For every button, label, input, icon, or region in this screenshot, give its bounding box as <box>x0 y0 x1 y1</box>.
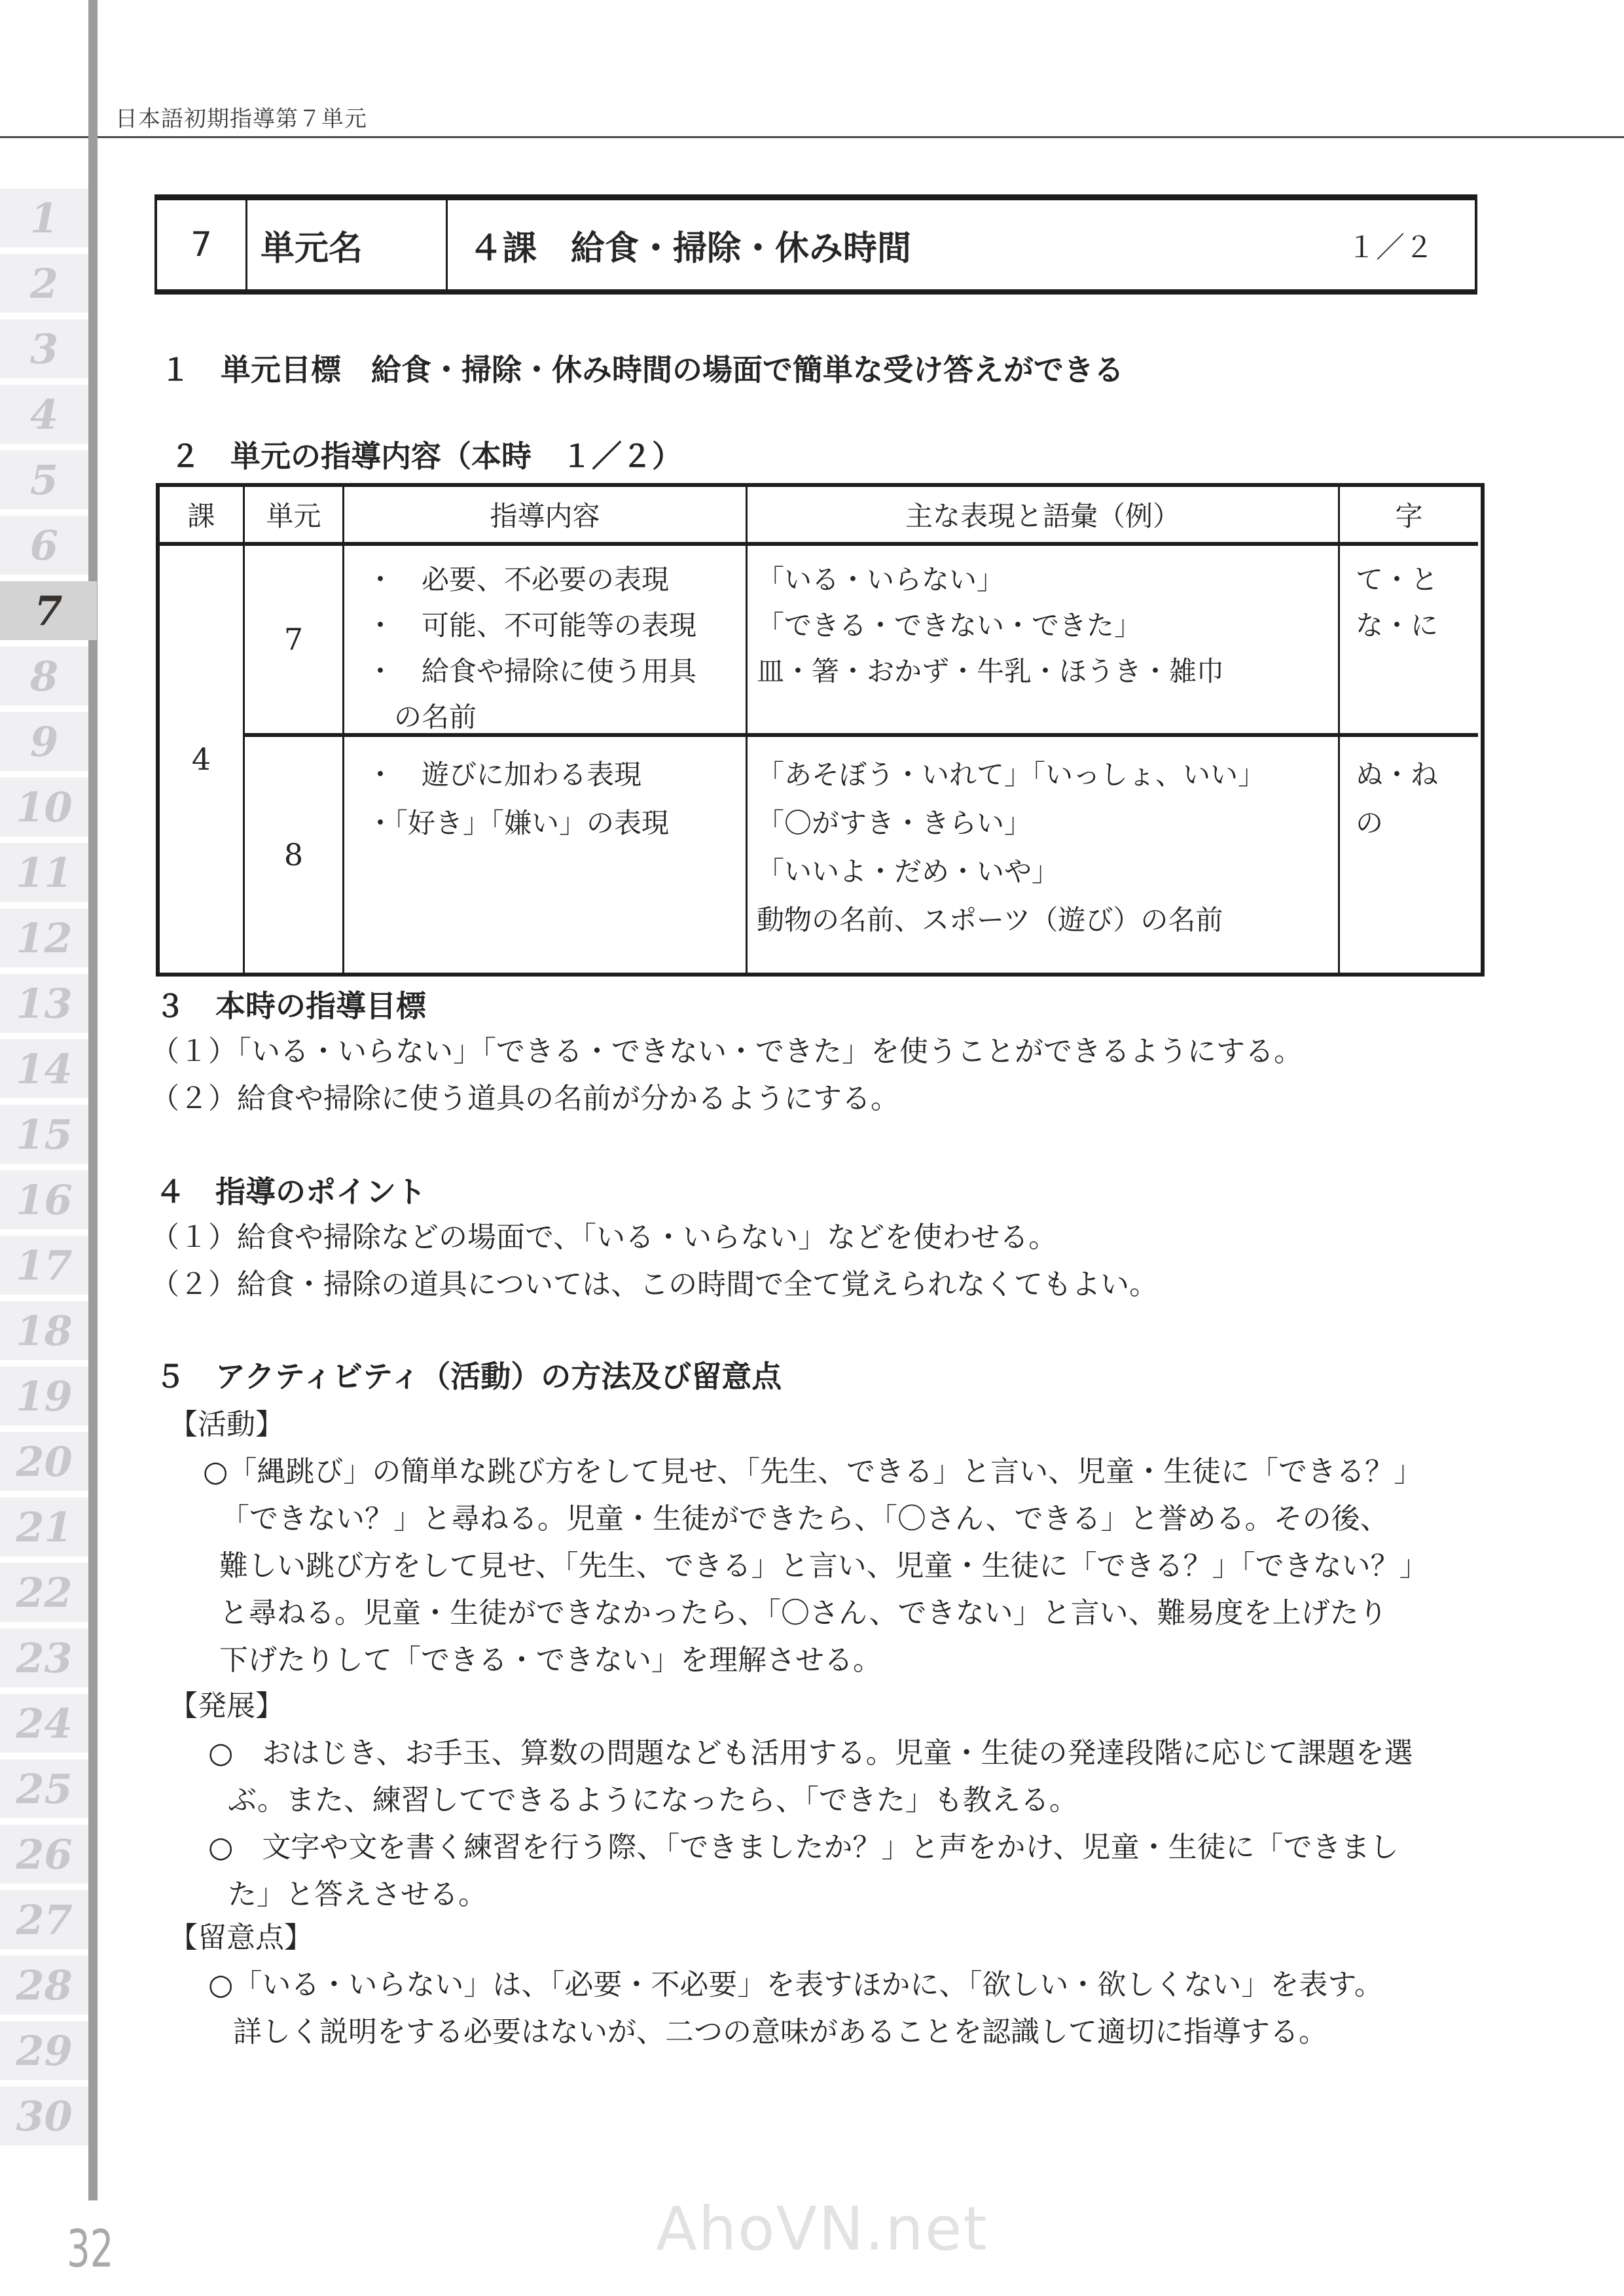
content-line: ・ 給食や掃除に使う用具 <box>367 647 746 692</box>
sidebar-tab-6[interactable]: 6 <box>0 516 88 575</box>
content-line: の名前 <box>367 692 746 738</box>
sidebar-tab-2[interactable]: 2 <box>0 254 88 313</box>
development-line-3: ○ 文字や文を書く練習を行う際、「できましたか？」と声をかけ、児童・生徒に「でき… <box>208 1827 1399 1861</box>
teaching-content-table: 課 単元 指導内容 主な表現と語彙（例） 字 4 7 ・ 必要、不必要の表現 ・… <box>156 483 1485 977</box>
activity-line-1: ○「縄跳び」の簡単な跳び方をして見せ、「先生、できる」と言い、児童・生徒に「でき… <box>203 1452 1422 1486</box>
expression-line: 「あそぼう・いれて」「いっしょ、いい」 <box>757 749 1338 797</box>
section1-heading: １ 単元目標 給食・掃除・休み時間の場面で簡単な受け答えができる <box>160 351 1124 385</box>
unit-box-number: 7 <box>157 200 247 289</box>
expression-line: 「いいよ・だめ・いや」 <box>757 846 1338 894</box>
sidebar-tab-19[interactable]: 19 <box>0 1367 88 1426</box>
table-header-lesson: 課 <box>160 487 245 546</box>
sidebar-tab-18[interactable]: 18 <box>0 1301 88 1360</box>
characters-line: て・と <box>1356 555 1478 601</box>
expression-line: 「いる・いらない」 <box>757 555 1338 601</box>
header-rule <box>0 136 1624 138</box>
sidebar-tab-15[interactable]: 15 <box>0 1105 88 1164</box>
sidebar-tab-14[interactable]: 14 <box>0 1039 88 1098</box>
content-line: ・ 必要、不必要の表現 <box>367 555 746 601</box>
section3-line-1: （１）「いる・いらない」「できる・できない・できた」を使うことができるようにする… <box>151 1031 1303 1066</box>
notes-label: 【留意点】 <box>169 1918 313 1952</box>
characters-row1: て・と な・に <box>1340 546 1478 737</box>
unit-number-row2: 8 <box>245 737 344 973</box>
sidebar-tab-8[interactable]: 8 <box>0 647 88 706</box>
content-line: ・ 遊びに加わる表現 <box>367 749 746 797</box>
development-line-1: ○ おはじき、お手玉、算数の問題なども活用する。児童・生徒の発達段階に応じて課題… <box>208 1733 1413 1767</box>
notes-line-1: ○「いる・いらない」は、「必要・不必要」を表すほかに、「欲しい・欲しくない」を表… <box>208 1965 1383 1999</box>
side-rail <box>88 0 98 2200</box>
characters-line: の <box>1356 797 1478 846</box>
table-header-unit: 単元 <box>245 487 344 546</box>
characters-line: ぬ・ね <box>1356 749 1478 797</box>
sidebar-tab-11[interactable]: 11 <box>0 843 88 902</box>
sidebar-tab-13[interactable]: 13 <box>0 974 88 1033</box>
teaching-content-row1: ・ 必要、不必要の表現 ・ 可能、不可能等の表現 ・ 給食や掃除に使う用具 の名… <box>344 546 748 737</box>
section2-heading: ２ 単元の指導内容（本時 １／２） <box>170 437 682 471</box>
sidebar-tab-20[interactable]: 20 <box>0 1432 88 1491</box>
section3-line-2: （２）給食や掃除に使う道具の名前が分かるようにする。 <box>151 1079 899 1113</box>
sidebar-tab-12[interactable]: 12 <box>0 908 88 967</box>
activity-line-3: 難しい跳び方をして見せ、「先生、できる」と言い、児童・生徒に「できる？」「できな… <box>219 1546 1428 1580</box>
table-header-content: 指導内容 <box>344 487 748 546</box>
sidebar-tab-10[interactable]: 10 <box>0 778 88 836</box>
expressions-row2: 「あそぼう・いれて」「いっしょ、いい」 「〇がすき・きらい」 「いいよ・だめ・い… <box>748 737 1340 973</box>
activity-line-5: 下げたりして「できる・できない」を理解させる。 <box>219 1640 882 1674</box>
expression-line: 「できる・できない・できた」 <box>757 601 1338 647</box>
development-line-2: ぶ。また、練習してできるようになったら、「できた」も教える。 <box>228 1780 1078 1814</box>
table-header-expressions: 主な表現と語彙（例） <box>748 487 1340 546</box>
sidebar-tab-17[interactable]: 17 <box>0 1236 88 1295</box>
unit-title-box: 7 単元名 ４課 給食・掃除・休み時間 １／２ <box>154 194 1477 295</box>
sidebar-tab-27[interactable]: 27 <box>0 1890 88 1949</box>
sidebar-tab-5[interactable]: 5 <box>0 450 88 509</box>
content-line: ・「好き」「嫌い」の表現 <box>367 797 746 846</box>
sidebar-tab-1[interactable]: 1 <box>0 188 88 247</box>
sidebar-tab-16[interactable]: 16 <box>0 1170 88 1229</box>
sidebar-tab-9[interactable]: 9 <box>0 712 88 771</box>
sidebar-tab-28[interactable]: 28 <box>0 1956 88 2015</box>
lesson-number-cell: 4 <box>160 546 245 973</box>
expression-line: 「〇がすき・きらい」 <box>757 797 1338 846</box>
expressions-row1: 「いる・いらない」 「できる・できない・できた」 皿・箸・おかず・牛乳・ほうき・… <box>748 546 1340 737</box>
page-number: 32 <box>67 2220 113 2279</box>
section5-heading: ５ アクティビティ（活動）の方法及び留意点 <box>155 1357 782 1391</box>
sidebar-tab-4[interactable]: 4 <box>0 385 88 444</box>
activity-line-4: と尋ねる。児童・生徒ができなかったら、「〇さん、できない」と言い、難易度を上げた… <box>219 1593 1388 1627</box>
sidebar-tab-26[interactable]: 26 <box>0 1825 88 1884</box>
expression-line: 動物の名前、スポーツ（遊び）の名前 <box>757 894 1338 942</box>
notes-line-2: 詳しく説明をする必要はないが、二つの意味があることを認識して適切に指導する。 <box>233 2012 1327 2046</box>
content-line: ・ 可能、不可能等の表現 <box>367 601 746 647</box>
unit-title: ４課 給食・掃除・休み時間 <box>469 221 911 270</box>
section4-heading: ４ 指導のポイント <box>155 1173 426 1207</box>
activity-label: 【活動】 <box>169 1405 284 1439</box>
section3-heading: ３ 本時の指導目標 <box>155 987 426 1021</box>
unit-number-row1: 7 <box>245 546 344 737</box>
page-indicator: １／２ <box>1347 224 1434 266</box>
activity-line-2: 「できない？」と尋ねる。児童・生徒ができたら、「〇さん、できる」と誉める。その後… <box>221 1499 1389 1533</box>
sidebar-tab-22[interactable]: 22 <box>0 1563 88 1622</box>
sidebar-tab-30[interactable]: 30 <box>0 2087 88 2145</box>
development-line-4: た」と答えさせる。 <box>228 1874 487 1909</box>
expression-line: 皿・箸・おかず・牛乳・ほうき・雑巾 <box>757 647 1338 692</box>
characters-row2: ぬ・ね の <box>1340 737 1478 973</box>
development-label: 【発展】 <box>169 1686 284 1720</box>
sidebar-tab-25[interactable]: 25 <box>0 1759 88 1818</box>
sidebar-tab-24[interactable]: 24 <box>0 1694 88 1753</box>
section4-line-1: （１）給食や掃除などの場面で、「いる・いらない」などを使わせる。 <box>151 1217 1057 1251</box>
characters-line: な・に <box>1356 601 1478 647</box>
unit-box-label: 単元名 <box>247 200 448 289</box>
section4-line-2: （２）給食・掃除の道具については、この時間で全て覚えられなくてもよい。 <box>151 1265 1158 1299</box>
unit-box-title-cell: ４課 給食・掃除・休み時間 １／２ <box>448 200 1475 289</box>
watermark: AhoVN.net <box>656 2194 988 2264</box>
teaching-content-row2: ・ 遊びに加わる表現 ・「好き」「嫌い」の表現 <box>344 737 748 973</box>
sidebar-tab-29[interactable]: 29 <box>0 2021 88 2080</box>
sidebar-tab-23[interactable]: 23 <box>0 1628 88 1687</box>
page: 日本語初期指導第７単元 1 2 3 4 5 6 7 8 9 10 11 12 1… <box>0 0 1624 2296</box>
sidebar-tab-3[interactable]: 3 <box>0 319 88 378</box>
sidebar-tab-21[interactable]: 21 <box>0 1498 88 1556</box>
sidebar-tab-7-active[interactable]: 7 <box>0 581 97 640</box>
document-header: 日本語初期指導第７単元 <box>115 101 367 133</box>
table-header-characters: 字 <box>1340 487 1478 546</box>
